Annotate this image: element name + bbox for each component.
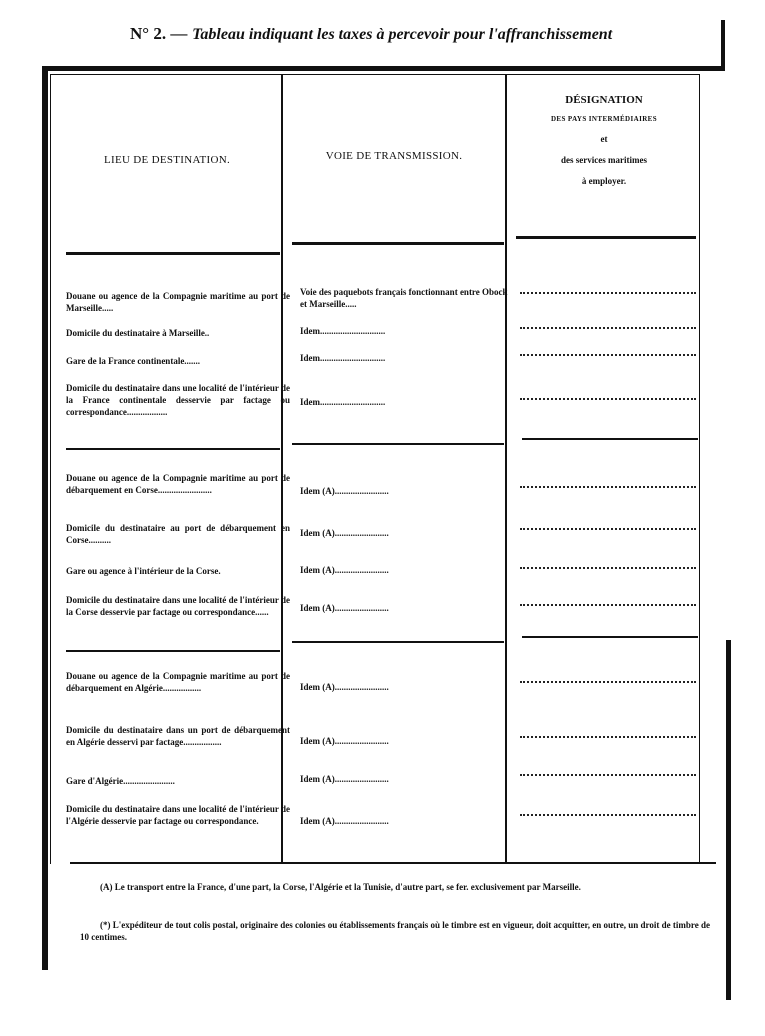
page-edge-mark-lower bbox=[726, 640, 731, 1000]
section-rule bbox=[292, 641, 504, 643]
destination-cell: Douane ou agence de la Compagnie maritim… bbox=[66, 670, 290, 694]
destination-cell: Domicile du destinataire dans une locali… bbox=[66, 382, 290, 418]
designation-dots bbox=[520, 396, 696, 400]
header-destination: LIEU DE DESTINATION. bbox=[58, 154, 276, 166]
designation-dots bbox=[520, 565, 696, 569]
destination-cell: Gare d'Algérie....................... bbox=[66, 775, 290, 787]
transmission-cell: Idem (A)........................ bbox=[300, 485, 510, 497]
table-bottom-rule bbox=[70, 862, 716, 864]
designation-dots bbox=[520, 325, 696, 329]
transmission-cell: Idem (A)........................ bbox=[300, 735, 510, 747]
section-rule bbox=[522, 636, 698, 638]
header-designation-line: à employer. bbox=[510, 176, 698, 186]
header-designation-line: DÉSIGNATION bbox=[510, 94, 698, 106]
destination-cell: Douane ou agence de la Compagnie maritim… bbox=[66, 472, 290, 496]
section-rule bbox=[66, 650, 280, 652]
footnote-star-text: (*) L'expéditeur de tout colis postal, o… bbox=[80, 920, 710, 942]
destination-cell: Domicile du destinataire dans une locali… bbox=[66, 594, 290, 618]
designation-dots bbox=[520, 772, 696, 776]
header-designation-line: et bbox=[510, 134, 698, 144]
section-rule bbox=[522, 438, 698, 440]
table-number: N° 2. — bbox=[130, 24, 187, 43]
destination-cell: Domicile du destinataire au port de déba… bbox=[66, 522, 290, 546]
header-transmission: VOIE DE TRANSMISSION. bbox=[286, 150, 502, 162]
header-rule bbox=[516, 236, 696, 239]
designation-dots bbox=[520, 602, 696, 606]
transmission-cell: Voie des paquebots français fonctionnant… bbox=[300, 286, 512, 310]
header-designation-line: des services maritimes bbox=[510, 155, 698, 165]
designation-dots bbox=[520, 484, 696, 488]
table-title: Tableau indiquant les taxes à percevoir … bbox=[192, 26, 612, 43]
transmission-cell: Idem (A)........................ bbox=[300, 602, 510, 614]
designation-dots bbox=[520, 734, 696, 738]
footnote-star: (*) L'expéditeur de tout colis postal, o… bbox=[80, 919, 710, 943]
transmission-cell: Idem (A)........................ bbox=[300, 773, 510, 785]
designation-dots bbox=[520, 812, 696, 816]
page-edge-mark bbox=[721, 20, 725, 66]
header-designation-line: DES PAYS INTERMÉDIAIRES bbox=[510, 115, 698, 123]
header-rule bbox=[66, 252, 280, 255]
header-designation: DÉSIGNATION DES PAYS INTERMÉDIAIRES et d… bbox=[510, 94, 698, 186]
destination-cell: Domicile du destinataire dans une locali… bbox=[66, 803, 290, 827]
destination-cell: Douane ou agence de la Compagnie maritim… bbox=[66, 290, 290, 314]
destination-cell: Gare de la France continentale....... bbox=[66, 355, 290, 367]
designation-dots bbox=[520, 352, 696, 356]
destination-cell: Gare ou agence à l'intérieur de la Corse… bbox=[66, 565, 290, 577]
destination-cell: Domicile du destinataire à Marseille.. bbox=[66, 327, 290, 339]
designation-dots bbox=[520, 679, 696, 683]
document-title: N° 2. — Tableau indiquant les taxes à pe… bbox=[130, 24, 720, 44]
header-rule bbox=[292, 242, 504, 245]
transmission-cell: Idem (A)........................ bbox=[300, 815, 510, 827]
transmission-cell: Idem............................. bbox=[300, 352, 510, 364]
designation-dots bbox=[520, 526, 696, 530]
transmission-cell: Idem (A)........................ bbox=[300, 527, 510, 539]
section-rule bbox=[292, 443, 504, 445]
transmission-cell: Idem............................. bbox=[300, 325, 510, 337]
footnote-a: (A) Le transport entre la France, d'une … bbox=[80, 881, 710, 893]
transmission-cell: Idem (A)........................ bbox=[300, 681, 510, 693]
transmission-cell: Idem (A)........................ bbox=[300, 564, 510, 576]
section-rule bbox=[66, 448, 280, 450]
transmission-cell: Idem............................. bbox=[300, 396, 510, 408]
designation-dots bbox=[520, 290, 696, 294]
footnote-a-text: (A) Le transport entre la France, d'une … bbox=[80, 882, 581, 892]
destination-cell: Domicile du destinataire dans un port de… bbox=[66, 724, 290, 748]
